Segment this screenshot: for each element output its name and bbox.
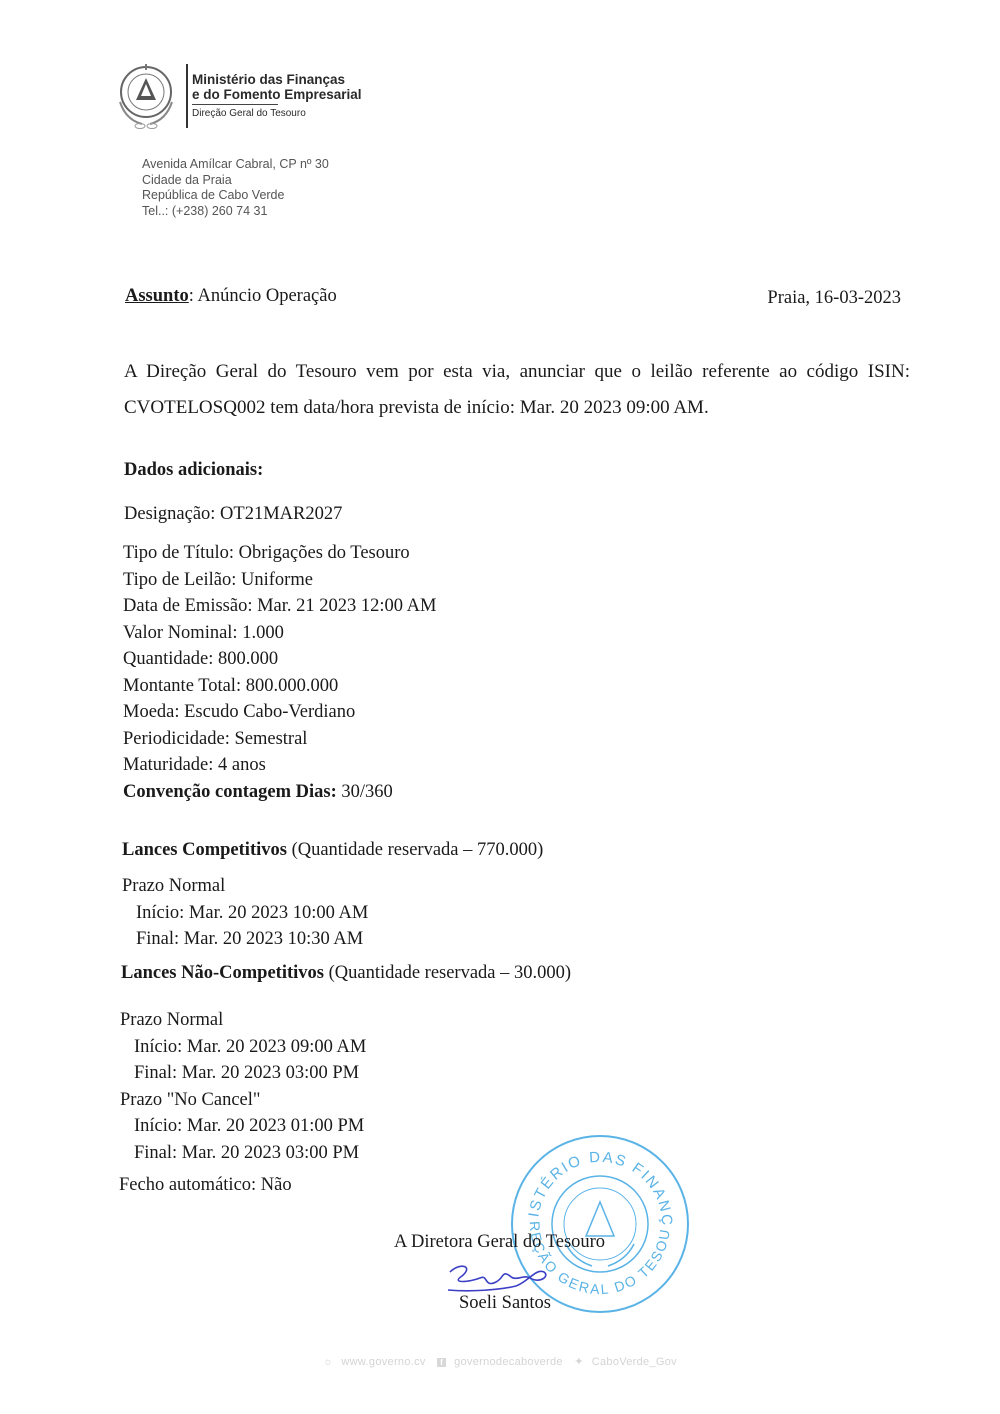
website-link[interactable]: www.governo.cv xyxy=(341,1356,425,1368)
signatory-title: A Diretora Geral do Tesouro xyxy=(394,1232,605,1253)
svg-text:MINISTÉRIO DAS FINANÇAS: MINISTÉRIO DAS FINANÇAS xyxy=(508,1132,675,1227)
detail-item: Quantidade: 800.000 xyxy=(123,646,436,673)
detail-item: Maturidade: 4 anos xyxy=(123,752,436,779)
period-end: Final: Mar. 20 2023 03:00 PM xyxy=(120,1140,366,1167)
address-line: República de Cabo Verde xyxy=(142,188,329,204)
detail-item: Valor Nominal: 1.000 xyxy=(123,620,436,647)
address-line: Cidade da Praia xyxy=(142,173,329,189)
detail-item: Data de Emissão: Mar. 21 2023 12:00 AM xyxy=(123,593,436,620)
department-name: Direção Geral do Tesouro xyxy=(192,108,306,119)
subject-value: Anúncio Operação xyxy=(194,286,337,306)
additional-data-heading: Dados adicionais: xyxy=(124,460,263,481)
ministry-name: Ministério das Finanças e do Fomento Emp… xyxy=(192,72,362,102)
header-rule xyxy=(192,104,278,105)
detail-item: Montante Total: 800.000.000 xyxy=(123,673,436,700)
period-start: Início: Mar. 20 2023 10:00 AM xyxy=(122,900,368,927)
subject-label: Assunto xyxy=(125,286,189,306)
day-count-convention: Convenção contagem Dias: 30/360 xyxy=(123,779,436,806)
competitive-periods: Prazo Normal Início: Mar. 20 2023 10:00 … xyxy=(122,873,368,953)
footer: ☼www.governo.cv fgovernodecaboverde ✦Cab… xyxy=(0,1355,1000,1368)
competitive-bids-heading: Lances Competitivos (Quantidade reservad… xyxy=(122,840,543,861)
non-competitive-periods: Prazo Normal Início: Mar. 20 2023 09:00 … xyxy=(120,1007,366,1166)
phone: Tel..: (+238) 260 74 31 xyxy=(142,204,329,220)
facebook-link[interactable]: governodecaboverde xyxy=(454,1356,563,1368)
facebook-icon: f xyxy=(437,1358,446,1367)
convention-label: Convenção contagem Dias: xyxy=(123,782,337,802)
address-block: Avenida Amílcar Cabral, CP nº 30 Cidade … xyxy=(142,157,329,219)
non-competitive-bids-heading: Lances Não-Competitivos (Quantidade rese… xyxy=(121,963,571,984)
details-list: Tipo de Título: Obrigações do Tesouro Ti… xyxy=(123,540,436,805)
period-end: Final: Mar. 20 2023 03:00 PM xyxy=(120,1060,366,1087)
coat-of-arms-icon xyxy=(112,60,180,132)
detail-item: Tipo de Leilão: Uniforme xyxy=(123,567,436,594)
header-divider xyxy=(186,64,188,128)
ministry-line-1: Ministério das Finanças xyxy=(192,72,362,87)
detail-item: Periodicidade: Semestral xyxy=(123,726,436,753)
twitter-link[interactable]: CaboVerde_Gov xyxy=(592,1356,677,1368)
non-competitive-reserved: (Quantidade reservada – 30.000) xyxy=(324,963,571,983)
place-date: Praia, 16-03-2023 xyxy=(767,288,901,309)
period-end: Final: Mar. 20 2023 10:30 AM xyxy=(122,926,368,953)
intro-paragraph: A Direção Geral do Tesouro vem por esta … xyxy=(124,354,910,426)
globe-icon: ☼ xyxy=(323,1356,333,1368)
ministry-line-2: e do Fomento Empresarial xyxy=(192,87,362,102)
signatory-name: Soeli Santos xyxy=(459,1293,551,1314)
period-name: Prazo Normal xyxy=(120,1007,366,1034)
twitter-icon: ✦ xyxy=(574,1356,584,1368)
address-line: Avenida Amílcar Cabral, CP nº 30 xyxy=(142,157,329,173)
non-competitive-title: Lances Não-Competitivos xyxy=(121,963,324,983)
designation: Designação: OT21MAR2027 xyxy=(124,504,342,525)
period-start: Início: Mar. 20 2023 09:00 AM xyxy=(120,1034,366,1061)
period-start: Início: Mar. 20 2023 01:00 PM xyxy=(120,1113,366,1140)
convention-value: 30/360 xyxy=(337,782,393,802)
auto-close: Fecho automático: Não xyxy=(119,1175,292,1196)
competitive-title: Lances Competitivos xyxy=(122,840,287,860)
competitive-reserved: (Quantidade reservada – 770.000) xyxy=(287,840,543,860)
subject-line: Assunto: Anúncio Operação xyxy=(125,286,337,307)
period-name: Prazo "No Cancel" xyxy=(120,1087,366,1114)
period-name: Prazo Normal xyxy=(122,873,368,900)
detail-item: Tipo de Título: Obrigações do Tesouro xyxy=(123,540,436,567)
detail-item: Moeda: Escudo Cabo-Verdiano xyxy=(123,699,436,726)
